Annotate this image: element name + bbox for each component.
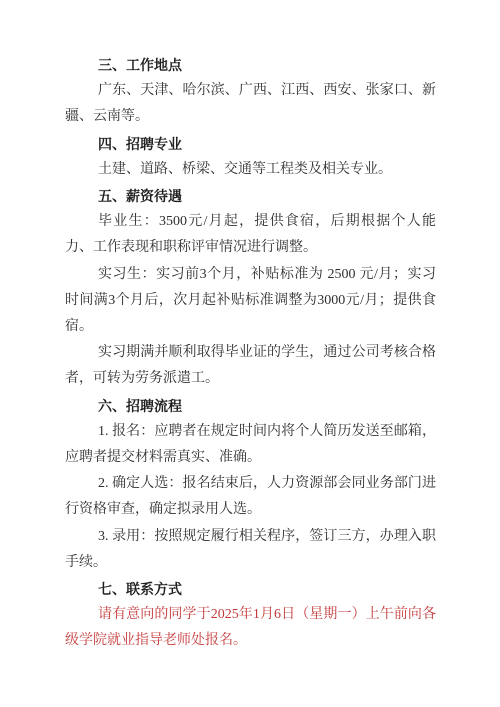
section-heading: 七、联系方式 bbox=[65, 576, 436, 602]
document-body: 三、工作地点广东、天津、哈尔滨、广西、江西、西安、张家口、新疆、云南等。四、招聘… bbox=[65, 52, 436, 655]
paragraph: 土建、道路、桥梁、交通等工程类及相关专业。 bbox=[65, 157, 436, 183]
document-page: 三、工作地点广东、天津、哈尔滨、广西、江西、西安、张家口、新疆、云南等。四、招聘… bbox=[0, 0, 500, 707]
section-heading: 六、招聘流程 bbox=[65, 393, 436, 419]
paragraph: 2. 确定人选：报名结束后，人力资源部会同业务部门进行资格审查，确定拟录用人选。 bbox=[65, 471, 436, 523]
section-heading: 五、薪资待遇 bbox=[65, 183, 436, 209]
section-heading: 三、工作地点 bbox=[65, 52, 436, 78]
paragraph: 实习期满并顺利取得毕业证的学生，通过公司考核合格者，可转为劳务派遣工。 bbox=[65, 340, 436, 392]
paragraph: 广东、天津、哈尔滨、广西、江西、西安、张家口、新疆、云南等。 bbox=[65, 78, 436, 130]
paragraph: 3. 录用：按照规定履行相关程序，签订三方，办理入职手续。 bbox=[65, 524, 436, 576]
section-heading: 四、招聘专业 bbox=[65, 131, 436, 157]
paragraph: 1. 报名：应聘者在规定时间内将个人简历发送至邮箱，应聘者提交材料需真实、准确。 bbox=[65, 419, 436, 471]
paragraph: 实习生：实习前3个月，补贴标准为 2500 元/月；实习时间满3个月后，次月起补… bbox=[65, 262, 436, 341]
paragraph: 毕业生：3500元/月起，提供食宿，后期根据个人能力、工作表现和职称评审情况进行… bbox=[65, 209, 436, 261]
contact-notice-paragraph: 请有意向的同学于2025年1月6日（星期一）上午前向各级学院就业指导老师处报名。 bbox=[65, 602, 436, 654]
